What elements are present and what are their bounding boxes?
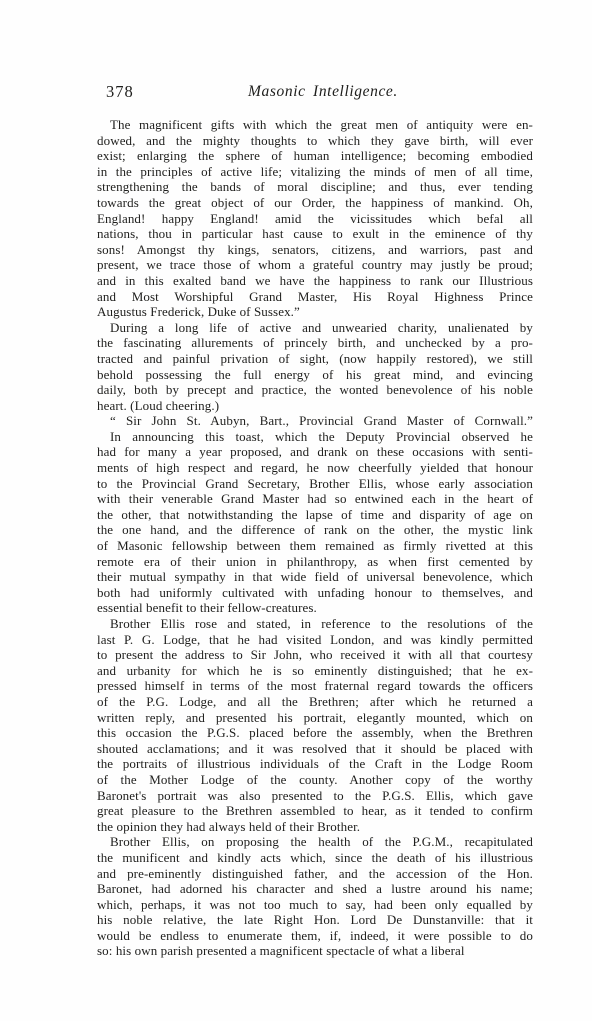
text-line: the fascinating allurements of princely … bbox=[97, 335, 533, 351]
text-line: and urbanity for which he is so eminentl… bbox=[97, 663, 533, 679]
text-line: so: his own parish presented a magnifice… bbox=[97, 943, 533, 959]
text-line: In announcing this toast, which the Depu… bbox=[97, 429, 533, 445]
page-number: 378 bbox=[106, 82, 134, 102]
text-line: with their venerable Grand Master had so… bbox=[97, 491, 533, 507]
text-line: the opinion they had always held of thei… bbox=[97, 819, 533, 835]
text-line: last P. G. Lodge, that he had visited Lo… bbox=[97, 632, 533, 648]
paragraph: During a long life of active and unweari… bbox=[97, 320, 533, 414]
text-line: his noble relative, the late Right Hon. … bbox=[97, 912, 533, 928]
text-line: The magnificent gifts with which the gre… bbox=[97, 117, 533, 133]
text-line: of Masonic fellowship between them remai… bbox=[97, 538, 533, 554]
text-line: behold possessing the full energy of his… bbox=[97, 367, 533, 383]
text-line: shouted acclamations; and it was resolve… bbox=[97, 741, 533, 757]
text-line: of the Mother Lodge of the county. Anoth… bbox=[97, 772, 533, 788]
text-line: this occasion the P.G.S. placed before t… bbox=[97, 725, 533, 741]
text-line: Augustus Frederick, Duke of Sussex.” bbox=[97, 304, 533, 320]
text-line: the portraits of illustrious individuals… bbox=[97, 756, 533, 772]
text-line: Baronet, had adorned his character and s… bbox=[97, 881, 533, 897]
text-line: exist; enlarging the sphere of human int… bbox=[97, 148, 533, 164]
text-line: Brother Ellis, on proposing the health o… bbox=[97, 834, 533, 850]
text-line: strengthening the bands of moral discipl… bbox=[97, 179, 533, 195]
text-line: “ Sir John St. Aubyn, Bart., Provincial … bbox=[97, 413, 533, 429]
quoted-toast-line: “ Sir John St. Aubyn, Bart., Provincial … bbox=[97, 413, 533, 429]
text-line: towards the great object of our Order, t… bbox=[97, 195, 533, 211]
text-line: heart. (Loud cheering.) bbox=[97, 398, 533, 414]
text-line: great pleasure to the Brethren assembled… bbox=[97, 803, 533, 819]
text-line: daily, both by precept and practice, the… bbox=[97, 382, 533, 398]
text-line: Baronet's portrait was also presented to… bbox=[97, 788, 533, 804]
article-body: The magnificent gifts with which the gre… bbox=[97, 117, 533, 959]
text-line: Brother Ellis rose and stated, in refere… bbox=[97, 616, 533, 632]
text-line: would be endless to enumerate them, if, … bbox=[97, 928, 533, 944]
paragraph: Brother Ellis, on proposing the health o… bbox=[97, 834, 533, 959]
text-line: tracted and painful privation of sight, … bbox=[97, 351, 533, 367]
text-line: ments of high respect and regard, he now… bbox=[97, 460, 533, 476]
text-line: and Most Worshipful Grand Master, His Ro… bbox=[97, 289, 533, 305]
text-line: dowed, and the mighty thoughts to which … bbox=[97, 133, 533, 149]
text-line: and in this exalted band we have the hap… bbox=[97, 273, 533, 289]
text-line: of the P.G. Lodge, and all the Brethren;… bbox=[97, 694, 533, 710]
text-line: in the principles of active life; vitali… bbox=[97, 164, 533, 180]
document-page: 378 Masonic Intelligence. The magnificen… bbox=[0, 0, 592, 1021]
text-line: remote era of their union in philanthrop… bbox=[97, 554, 533, 570]
page-header: 378 Masonic Intelligence. bbox=[0, 82, 592, 104]
text-line: the other, that notwithstanding the laps… bbox=[97, 507, 533, 523]
text-line: During a long life of active and unweari… bbox=[97, 320, 533, 336]
text-line: the one hand, and the difference of rank… bbox=[97, 522, 533, 538]
text-line: pressed himself in terms of the most fra… bbox=[97, 678, 533, 694]
text-line: nations, thou in particular hast cause t… bbox=[97, 226, 533, 242]
text-line: both had uniformly cultivated with unfad… bbox=[97, 585, 533, 601]
text-line: to the Provincial Grand Secretary, Broth… bbox=[97, 476, 533, 492]
paragraph: In announcing this toast, which the Depu… bbox=[97, 429, 533, 616]
text-line: the munificent and kindly acts which, si… bbox=[97, 850, 533, 866]
paragraph: The magnificent gifts with which the gre… bbox=[97, 117, 533, 320]
text-line: their mutual sympathy in that wide field… bbox=[97, 569, 533, 585]
text-line: to present the address to Sir John, who … bbox=[97, 647, 533, 663]
text-line: present, we trace those of whom a gratef… bbox=[97, 257, 533, 273]
text-line: and pre-eminently distinguished father, … bbox=[97, 866, 533, 882]
text-line: had for many a year proposed, and drank … bbox=[97, 444, 533, 460]
running-title: Masonic Intelligence. bbox=[248, 83, 398, 101]
paragraph: Brother Ellis rose and stated, in refere… bbox=[97, 616, 533, 834]
text-line: sons! Amongst thy kings, senators, citiz… bbox=[97, 242, 533, 258]
text-line: which, perhaps, it was not too much to s… bbox=[97, 897, 533, 913]
text-line: written reply, and presented his portrai… bbox=[97, 710, 533, 726]
text-line: England! happy England! amid the vicissi… bbox=[97, 211, 533, 227]
text-line: essential benefit to their fellow-creatu… bbox=[97, 600, 533, 616]
